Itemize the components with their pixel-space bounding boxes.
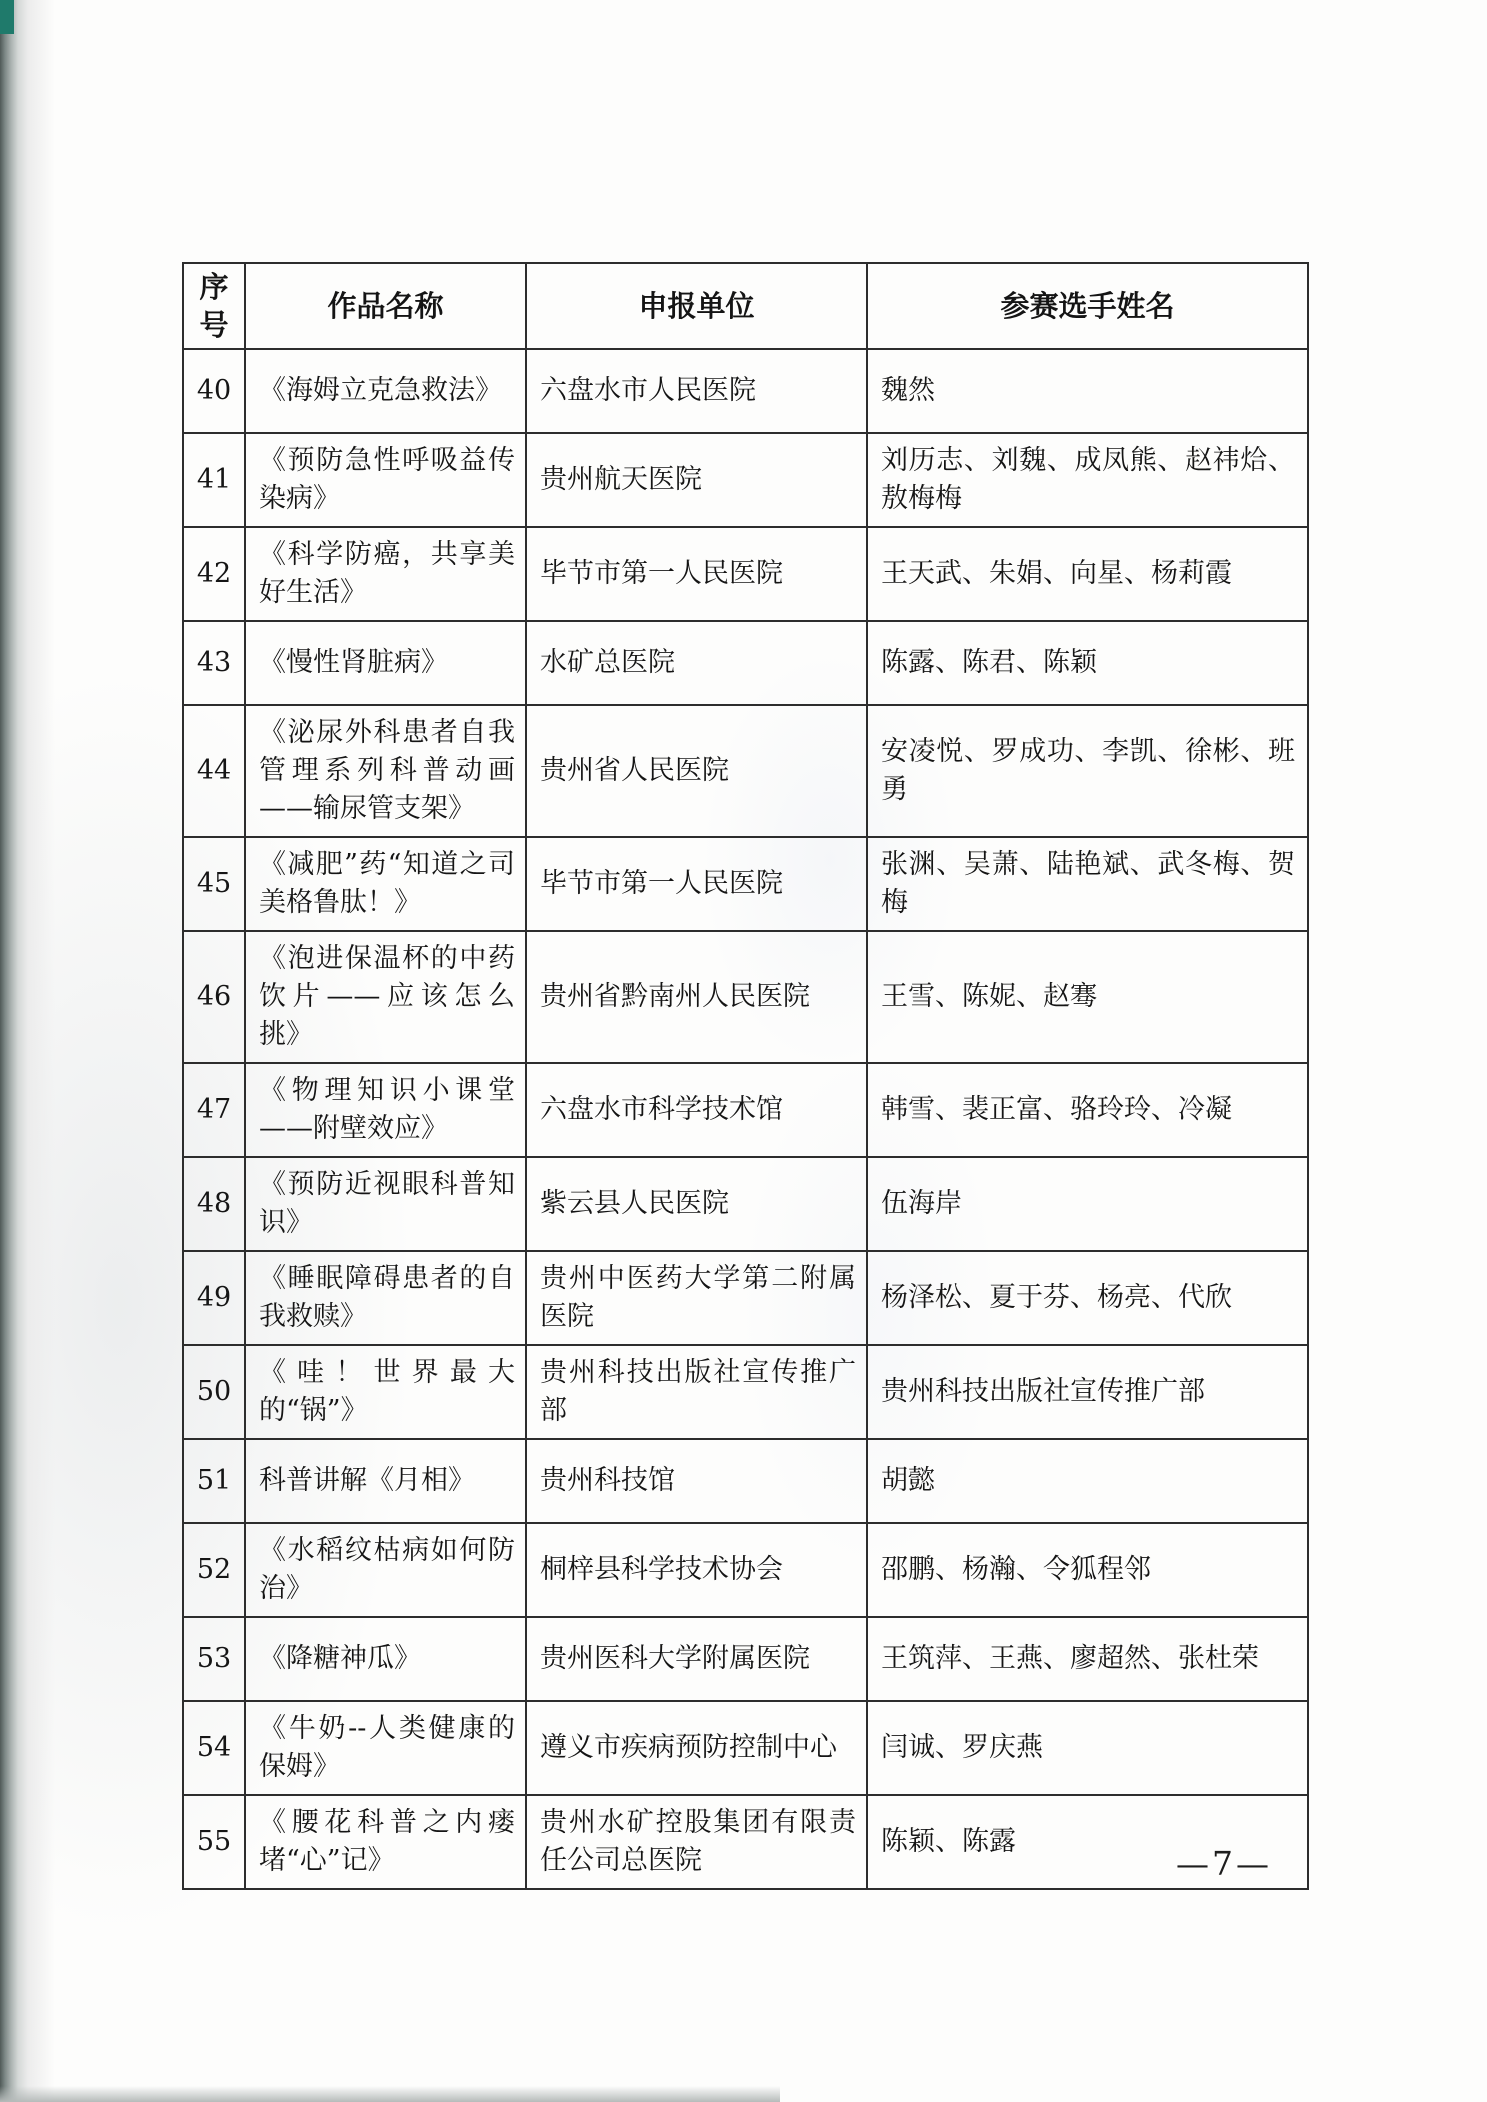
row-work-title: 科普讲解《月相》	[245, 1439, 526, 1523]
row-organization: 六盘水市科学技术馆	[526, 1063, 867, 1157]
row-organization: 毕节市第一人民医院	[526, 837, 867, 931]
table-row: 41 《预防急性呼吸益传染病》 贵州航天医院 刘历志、刘魏、成凤熊、赵祎烚、敖梅…	[183, 433, 1308, 527]
row-serial-number: 47	[183, 1063, 245, 1157]
row-work-title: 《科学防癌，共享美好生活》	[245, 527, 526, 621]
scan-left-edge-artifact	[0, 0, 60, 2102]
row-serial-number: 41	[183, 433, 245, 527]
row-serial-number: 55	[183, 1795, 245, 1889]
table-row: 55 《腰花科普之内瘘堵“心”记》 贵州水矿控股集团有限责任公司总医院 陈颖、陈…	[183, 1795, 1308, 1889]
row-contestant-names: 张渊、吴萧、陆艳斌、武冬梅、贺梅	[867, 837, 1308, 931]
row-work-title: 《睡眠障碍患者的自我救赎》	[245, 1251, 526, 1345]
row-work-title: 《降糖神瓜》	[245, 1617, 526, 1701]
row-contestant-names: 王雪、陈妮、赵骞	[867, 931, 1308, 1063]
row-serial-number: 53	[183, 1617, 245, 1701]
row-organization: 贵州科技馆	[526, 1439, 867, 1523]
row-work-title: 《泌尿外科患者自我管理系列科普动画——输尿管支架》	[245, 705, 526, 837]
row-organization: 贵州省黔南州人民医院	[526, 931, 867, 1063]
row-work-title: 《减肥”药“知道之司美格鲁肽！》	[245, 837, 526, 931]
scan-corner-mark	[0, 0, 14, 34]
row-serial-number: 51	[183, 1439, 245, 1523]
row-organization: 桐梓县科学技术协会	[526, 1523, 867, 1617]
row-contestant-names: 邵鹏、杨瀚、令狐程邻	[867, 1523, 1308, 1617]
scan-bottom-edge-artifact	[0, 2086, 780, 2102]
table-row: 44 《泌尿外科患者自我管理系列科普动画——输尿管支架》 贵州省人民医院 安凌悦…	[183, 705, 1308, 837]
row-work-title: 《慢性肾脏病》	[245, 621, 526, 705]
row-work-title: 《物理知识小课堂——附壁效应》	[245, 1063, 526, 1157]
header-serial-number: 序号	[183, 263, 245, 349]
row-serial-number: 52	[183, 1523, 245, 1617]
table-row: 53 《降糖神瓜》 贵州医科大学附属医院 王筑萍、王燕、廖超然、张杜荣	[183, 1617, 1308, 1701]
row-serial-number: 46	[183, 931, 245, 1063]
row-organization: 贵州水矿控股集团有限责任公司总医院	[526, 1795, 867, 1889]
row-serial-number: 48	[183, 1157, 245, 1251]
table-row: 54 《牛奶--人类健康的保姆》 遵义市疾病预防控制中心 闫诚、罗庆燕	[183, 1701, 1308, 1795]
table-row: 46 《泡进保温杯的中药饮片——应该怎么挑》 贵州省黔南州人民医院 王雪、陈妮、…	[183, 931, 1308, 1063]
row-contestant-names: 刘历志、刘魏、成凤熊、赵祎烚、敖梅梅	[867, 433, 1308, 527]
entries-table-container: 序号 作品名称 申报单位 参赛选手姓名 40 《海姆立克急救法》 六盘水市人民医…	[182, 262, 1309, 1890]
header-organization: 申报单位	[526, 263, 867, 349]
header-contestant-names: 参赛选手姓名	[867, 263, 1308, 349]
scanned-document-page: 序号 作品名称 申报单位 参赛选手姓名 40 《海姆立克急救法》 六盘水市人民医…	[0, 0, 1487, 2102]
table-row: 49 《睡眠障碍患者的自我救赎》 贵州中医药大学第二附属医院 杨泽松、夏于芬、杨…	[183, 1251, 1308, 1345]
row-contestant-names: 韩雪、裴正富、骆玲玲、冷凝	[867, 1063, 1308, 1157]
table-row: 47 《物理知识小课堂——附壁效应》 六盘水市科学技术馆 韩雪、裴正富、骆玲玲、…	[183, 1063, 1308, 1157]
table-row: 42 《科学防癌，共享美好生活》 毕节市第一人民医院 王天武、朱娟、向星、杨莉霞	[183, 527, 1308, 621]
row-work-title: 《水稻纹枯病如何防治》	[245, 1523, 526, 1617]
row-contestant-names: 陈露、陈君、陈颖	[867, 621, 1308, 705]
row-organization: 贵州医科大学附属医院	[526, 1617, 867, 1701]
table-row: 51 科普讲解《月相》 贵州科技馆 胡懿	[183, 1439, 1308, 1523]
row-contestant-names: 王天武、朱娟、向星、杨莉霞	[867, 527, 1308, 621]
row-contestant-names: 胡懿	[867, 1439, 1308, 1523]
header-work-title: 作品名称	[245, 263, 526, 349]
page-number: —7—	[1176, 1844, 1272, 1883]
row-serial-number: 40	[183, 349, 245, 433]
row-work-title: 《腰花科普之内瘘堵“心”记》	[245, 1795, 526, 1889]
row-organization: 紫云县人民医院	[526, 1157, 867, 1251]
row-organization: 六盘水市人民医院	[526, 349, 867, 433]
row-contestant-names: 贵州科技出版社宣传推广部	[867, 1345, 1308, 1439]
row-serial-number: 50	[183, 1345, 245, 1439]
row-organization: 贵州省人民医院	[526, 705, 867, 837]
row-serial-number: 54	[183, 1701, 245, 1795]
row-work-title: 《预防近视眼科普知识》	[245, 1157, 526, 1251]
table-header-row: 序号 作品名称 申报单位 参赛选手姓名	[183, 263, 1308, 349]
row-contestant-names: 伍海岸	[867, 1157, 1308, 1251]
row-work-title: 《泡进保温杯的中药饮片——应该怎么挑》	[245, 931, 526, 1063]
row-organization: 毕节市第一人民医院	[526, 527, 867, 621]
contest-entries-table: 序号 作品名称 申报单位 参赛选手姓名 40 《海姆立克急救法》 六盘水市人民医…	[182, 262, 1309, 1890]
table-row: 45 《减肥”药“知道之司美格鲁肽！》 毕节市第一人民医院 张渊、吴萧、陆艳斌、…	[183, 837, 1308, 931]
row-organization: 贵州航天医院	[526, 433, 867, 527]
row-contestant-names: 王筑萍、王燕、廖超然、张杜荣	[867, 1617, 1308, 1701]
table-row: 50 《哇！世界最大的“锅”》 贵州科技出版社宣传推广部 贵州科技出版社宣传推广…	[183, 1345, 1308, 1439]
row-serial-number: 43	[183, 621, 245, 705]
row-organization: 贵州科技出版社宣传推广部	[526, 1345, 867, 1439]
table-row: 43 《慢性肾脏病》 水矿总医院 陈露、陈君、陈颖	[183, 621, 1308, 705]
row-work-title: 《预防急性呼吸益传染病》	[245, 433, 526, 527]
row-organization: 遵义市疾病预防控制中心	[526, 1701, 867, 1795]
table-row: 48 《预防近视眼科普知识》 紫云县人民医院 伍海岸	[183, 1157, 1308, 1251]
row-work-title: 《牛奶--人类健康的保姆》	[245, 1701, 526, 1795]
row-contestant-names: 魏然	[867, 349, 1308, 433]
row-contestant-names: 闫诚、罗庆燕	[867, 1701, 1308, 1795]
row-contestant-names: 安凌悦、罗成功、李凯、徐彬、班勇	[867, 705, 1308, 837]
row-serial-number: 42	[183, 527, 245, 621]
row-serial-number: 49	[183, 1251, 245, 1345]
row-work-title: 《哇！世界最大的“锅”》	[245, 1345, 526, 1439]
row-work-title: 《海姆立克急救法》	[245, 349, 526, 433]
row-serial-number: 45	[183, 837, 245, 931]
table-row: 40 《海姆立克急救法》 六盘水市人民医院 魏然	[183, 349, 1308, 433]
row-serial-number: 44	[183, 705, 245, 837]
row-contestant-names: 杨泽松、夏于芬、杨亮、代欣	[867, 1251, 1308, 1345]
table-row: 52 《水稻纹枯病如何防治》 桐梓县科学技术协会 邵鹏、杨瀚、令狐程邻	[183, 1523, 1308, 1617]
row-organization: 贵州中医药大学第二附属医院	[526, 1251, 867, 1345]
row-organization: 水矿总医院	[526, 621, 867, 705]
